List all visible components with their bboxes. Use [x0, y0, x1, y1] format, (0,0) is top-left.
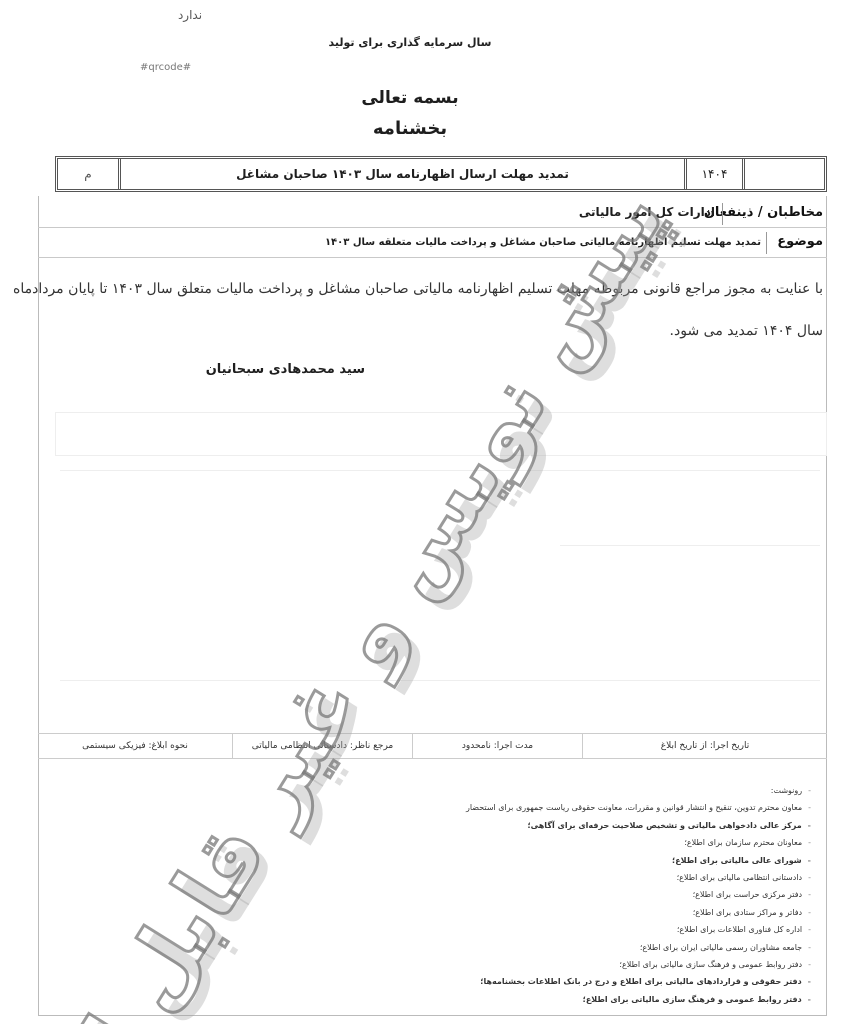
signer-name: سید محمدهادی سبحانیان [205, 362, 365, 377]
ghost-table-residue [55, 412, 827, 456]
cc-item: جامعه مشاوران رسمی مالیاتی ایران برای اط… [341, 939, 811, 956]
divider [722, 203, 723, 225]
basmala-heading: بسمه تعالی [330, 88, 490, 108]
cc-item: اداره کل فناوری اطلاعات برای اطلاع؛ [341, 921, 811, 938]
ghost-line [560, 545, 820, 546]
execution-meta-row: تاریخ اجرا: از تاریخ ابلاغ مدت اجرا: نام… [38, 733, 827, 759]
recipients-value: ادارات کل امور مالیاتی [579, 205, 715, 219]
cc-item: معاونان محترم سازمان برای اطلاع؛ [341, 834, 811, 851]
supervisory-reference: مرجع ناظر: دادستانی انتظامی مالیاتی [232, 734, 412, 758]
cc-item: دفاتر و مراکز ستادی برای اطلاع؛ [341, 904, 811, 921]
cc-item: معاون محترم تدوین، تنقیح و انتشار قوانین… [341, 799, 811, 816]
cc-item: دفتر مرکزی حراست برای اطلاع؛ [341, 886, 811, 903]
cc-heading: رونوشت: [341, 782, 811, 799]
title-bar-number: م [58, 159, 118, 189]
top-note: ندارد [160, 8, 220, 22]
title-bar-year: ۱۴۰۴ [684, 159, 742, 189]
body-text: با عنایت به مجوز مراجع قانونی مربوطه مهل… [13, 268, 823, 352]
cc-item: دادستانی انتظامی مالیاتی برای اطلاع؛ [341, 869, 811, 886]
subject-label: موضوع [777, 234, 823, 249]
ghost-line [60, 680, 820, 681]
execution-date: تاریخ اجرا: از تاریخ ابلاغ [582, 734, 827, 758]
delivery-method: نحوه ابلاغ: فیزیکی سیستمی [38, 734, 232, 758]
cc-list: رونوشت: معاون محترم تدوین، تنقیح و انتشا… [341, 782, 811, 1008]
divider [38, 227, 827, 228]
subject-value: تمدید مهلت تسلیم اظهارنامه مالیاتی صاحبا… [325, 237, 761, 248]
title-bar: ۱۴۰۴ تمدید مهلت ارسال اظهارنامه سال ۱۴۰۳… [55, 156, 827, 192]
cc-item: شورای عالی مالیاتی برای اطلاع؛ [341, 852, 811, 869]
title-bar-blank-cell [742, 159, 824, 189]
ghost-line [60, 470, 820, 471]
document-type-heading: بخشنامه [330, 118, 490, 139]
execution-duration: مدت اجرا: نامحدود [412, 734, 582, 758]
divider [766, 232, 767, 254]
cc-item: دفتر روابط عمومی و فرهنگ سازی مالیاتی بر… [341, 956, 811, 973]
cc-item: مرکز عالی دادخواهی مالیاتی و تشخیص صلاحی… [341, 817, 811, 834]
cc-item: دفتر حقوقی و قراردادهای مالیاتی برای اطل… [341, 973, 811, 990]
title-bar-title: تمدید مهلت ارسال اظهارنامه سال ۱۴۰۳ صاحب… [118, 159, 684, 189]
qrcode-placeholder: #qrcode# [140, 62, 220, 73]
divider [38, 257, 827, 258]
cc-item: دفتر روابط عمومی و فرهنگ سازی مالیاتی بر… [341, 991, 811, 1008]
year-slogan: سال سرمایه گذاری برای تولید [300, 36, 520, 49]
